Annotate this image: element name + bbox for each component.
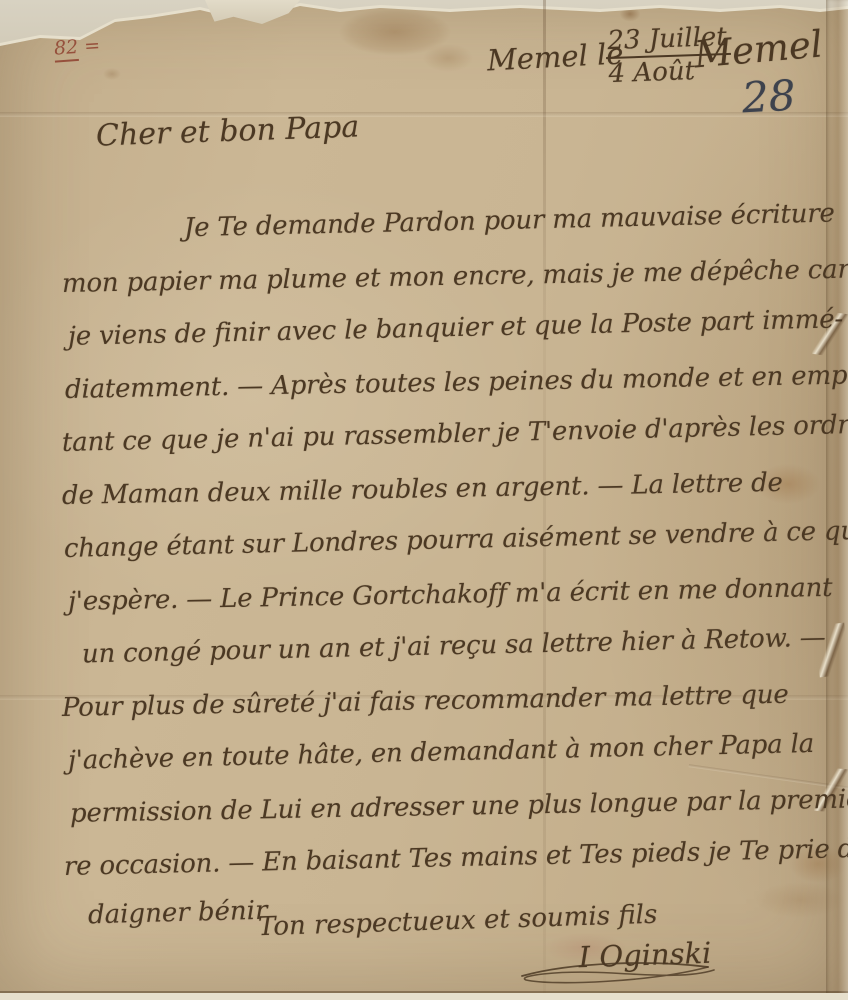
closing-blessing: daigner bénir	[88, 896, 268, 931]
archival-suffix: =	[77, 34, 100, 57]
dateline-place: Memel le	[486, 36, 624, 77]
signature-flourish-icon	[512, 958, 722, 988]
archival-number: 82	[53, 36, 79, 63]
archival-annotation: 82 =	[53, 34, 101, 59]
letter-body: Je Te demande Pardon pour ma mauvaise éc…	[62, 205, 848, 894]
letter-scan: 82 = Memel le 23 Juillet 4 Août Memel 28…	[0, 0, 848, 1000]
page-number: 28	[741, 71, 797, 123]
horizontal-fold-line	[0, 112, 848, 117]
